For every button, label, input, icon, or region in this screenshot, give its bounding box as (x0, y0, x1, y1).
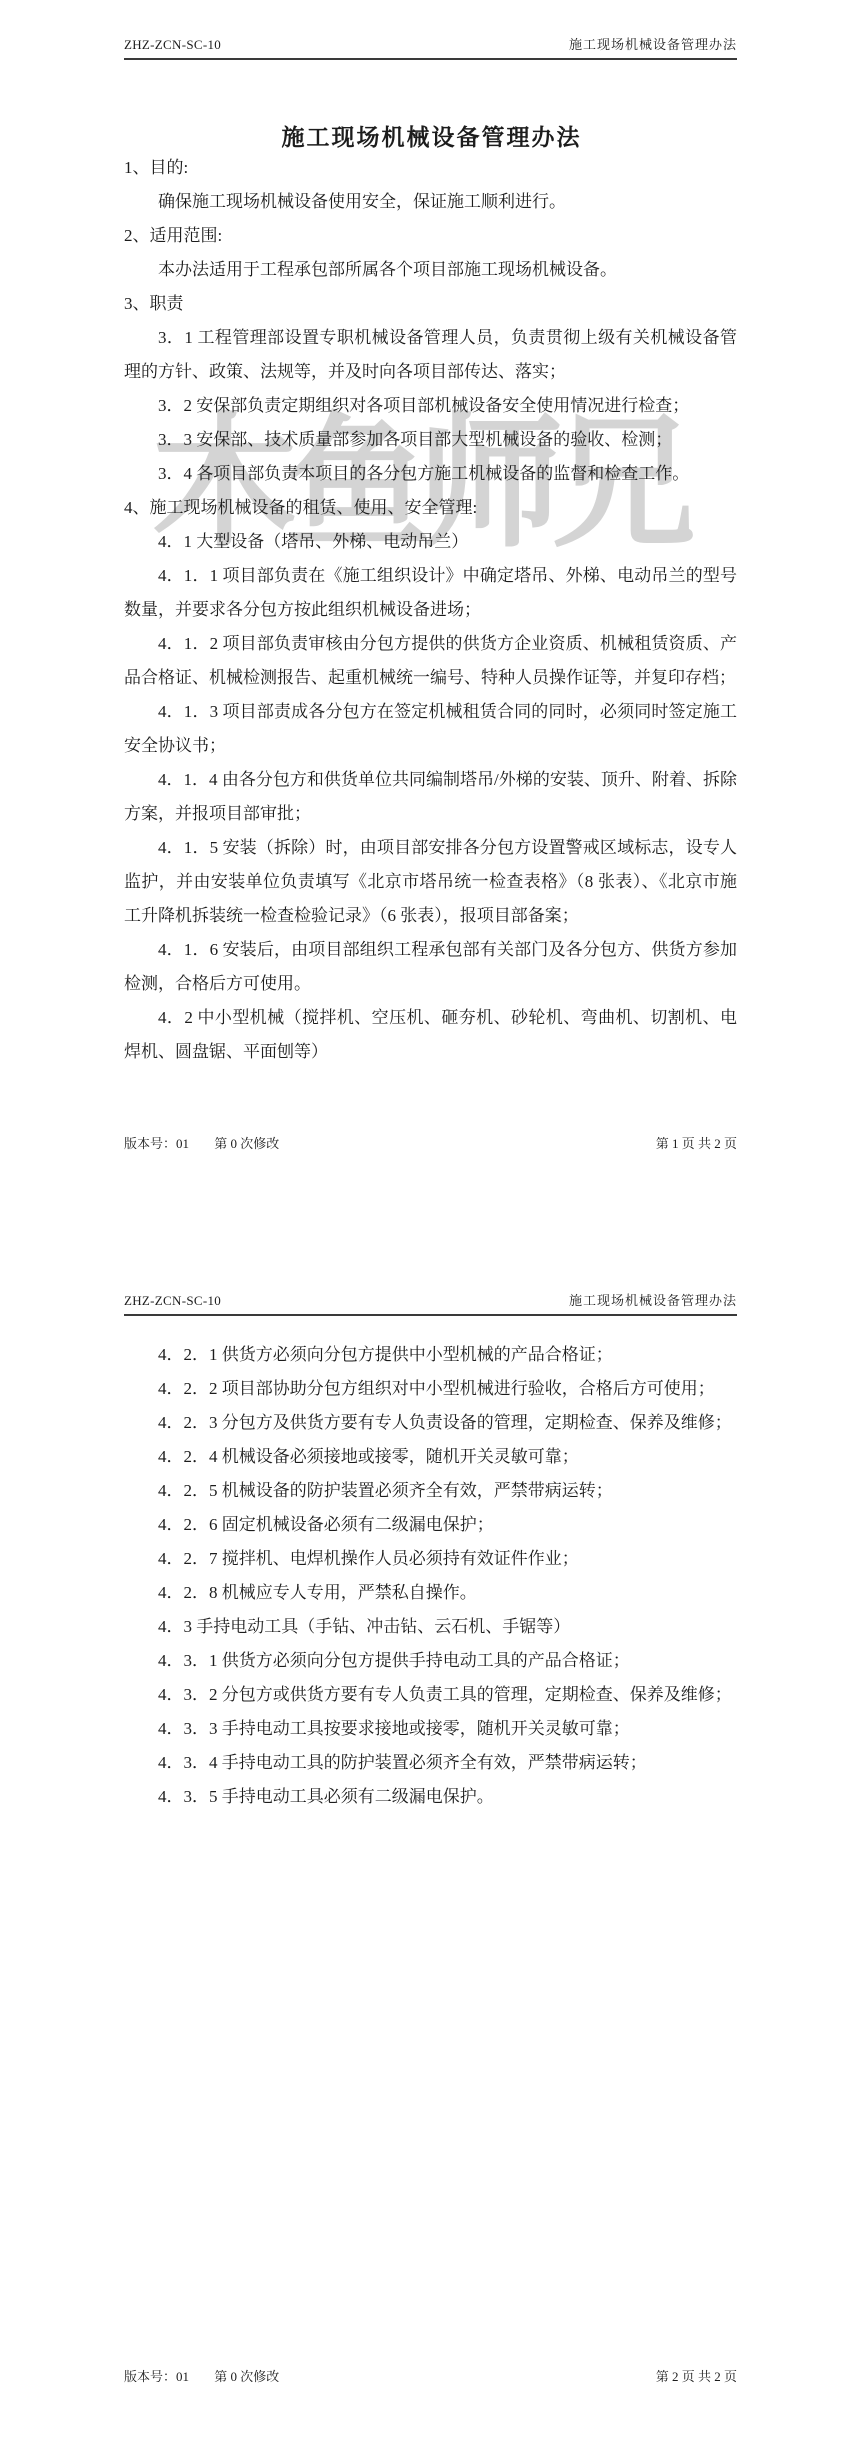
paragraph: 4．2 中小型机械（搅拌机、空压机、砸夯机、砂轮机、弯曲机、切割机、电焊机、圆盘… (124, 1001, 737, 1069)
revision-label: 第 0 次修改 (214, 1136, 279, 1151)
paragraph: 本办法适用于工程承包部所属各个项目部施工现场机械设备。 (124, 253, 737, 287)
page1-body: 1、目的:确保施工现场机械设备使用安全，保证施工顺利进行。2、适用范围:本办法适… (124, 151, 737, 1069)
paragraph: 4．1．1 项目部负责在《施工组织设计》中确定塔吊、外梯、电动吊兰的型号数量，并… (124, 559, 737, 627)
footer-version-block: 版本号：01 第 0 次修改 (124, 1133, 279, 1152)
page1-footer: 版本号：01 第 0 次修改 第 1 页 共 2 页 (124, 1133, 737, 1152)
version-label: 版本号：01 (124, 1136, 189, 1151)
document-title: 施工现场机械设备管理办法 (0, 119, 863, 152)
paragraph: 4．3．4 手持电动工具的防护装置必须齐全有效，严禁带病运转； (124, 1746, 737, 1780)
paragraph: 3．3 安保部、技术质量部参加各项目部大型机械设备的验收、检测； (124, 423, 737, 457)
section-heading: 3、职责 (124, 287, 737, 321)
paragraph: 3．2 安保部负责定期组织对各项目部机械设备安全使用情况进行检查； (124, 389, 737, 423)
document-page-2: ZHZ-ZCN-SC-10 施工现场机械设备管理办法 4．2．1 供货方必须向分… (0, 1228, 863, 2455)
paragraph: 4．3．3 手持电动工具按要求接地或接零，随机开关灵敏可靠； (124, 1712, 737, 1746)
document-code: ZHZ-ZCN-SC-10 (124, 1293, 221, 1309)
paragraph: 4．1．4 由各分包方和供货单位共同编制塔吊/外梯的安装、顶升、附着、拆除方案，… (124, 763, 737, 831)
paragraph: 确保施工现场机械设备使用安全，保证施工顺利进行。 (124, 185, 737, 219)
paragraph: 4．3．1 供货方必须向分包方提供手持电动工具的产品合格证； (124, 1644, 737, 1678)
section-heading: 4、施工现场机械设备的租赁、使用、安全管理: (124, 491, 737, 525)
document-page-1: 木鱼师兄 ZHZ-ZCN-SC-10 施工现场机械设备管理办法 施工现场机械设备… (0, 0, 863, 1228)
paragraph: 4．2．7 搅拌机、电焊机操作人员必须持有效证件作业； (124, 1542, 737, 1576)
paragraph: 4．2．6 固定机械设备必须有二级漏电保护； (124, 1508, 737, 1542)
paragraph: 4．1．5 安装（拆除）时，由项目部安排各分包方设置警戒区域标志，设专人监护，并… (124, 831, 737, 933)
paragraph: 4．2．5 机械设备的防护装置必须齐全有效，严禁带病运转； (124, 1474, 737, 1508)
page2-footer: 版本号：01 第 0 次修改 第 2 页 共 2 页 (124, 2366, 737, 2385)
paragraph: 4．2．4 机械设备必须接地或接零，随机开关灵敏可靠； (124, 1440, 737, 1474)
paragraph: 4．1．6 安装后，由项目部组织工程承包部有关部门及各分包方、供货方参加检测，合… (124, 933, 737, 1001)
paragraph: 3．4 各项目部负责本项目的各分包方施工机械设备的监督和检查工作。 (124, 457, 737, 491)
page-number: 第 2 页 共 2 页 (656, 2366, 737, 2385)
paragraph: 4．3 手持电动工具（手钻、冲击钻、云石机、手锯等） (124, 1610, 737, 1644)
paragraph: 4．3．2 分包方或供货方要有专人负责工具的管理，定期检查、保养及维修； (124, 1678, 737, 1712)
running-title: 施工现场机械设备管理办法 (569, 1290, 737, 1309)
paragraph: 4．2．3 分包方及供货方要有专人负责设备的管理，定期检查、保养及维修； (124, 1406, 737, 1440)
section-heading: 2、适用范围: (124, 219, 737, 253)
paragraph: 4．3．5 手持电动工具必须有二级漏电保护。 (124, 1780, 737, 1814)
page-header: ZHZ-ZCN-SC-10 施工现场机械设备管理办法 (124, 1290, 737, 1316)
paragraph: 4．2．1 供货方必须向分包方提供中小型机械的产品合格证； (124, 1338, 737, 1372)
paragraph: 3．1 工程管理部设置专职机械设备管理人员，负责贯彻上级有关机械设备管理的方针、… (124, 321, 737, 389)
page-header: ZHZ-ZCN-SC-10 施工现场机械设备管理办法 (124, 34, 737, 60)
section-heading: 1、目的: (124, 151, 737, 185)
document-code: ZHZ-ZCN-SC-10 (124, 37, 221, 53)
running-title: 施工现场机械设备管理办法 (569, 34, 737, 53)
paragraph: 4．1．2 项目部负责审核由分包方提供的供货方企业资质、机械租赁资质、产品合格证… (124, 627, 737, 695)
footer-version-block: 版本号：01 第 0 次修改 (124, 2366, 279, 2385)
paragraph: 4．2．8 机械应专人专用，严禁私自操作。 (124, 1576, 737, 1610)
page2-body: 4．2．1 供货方必须向分包方提供中小型机械的产品合格证；4．2．2 项目部协助… (124, 1338, 737, 1814)
revision-label: 第 0 次修改 (214, 2369, 279, 2384)
paragraph: 4．1 大型设备（塔吊、外梯、电动吊兰） (124, 525, 737, 559)
paragraph: 4．1．3 项目部责成各分包方在签定机械租赁合同的同时，必须同时签定施工安全协议… (124, 695, 737, 763)
paragraph: 4．2．2 项目部协助分包方组织对中小型机械进行验收，合格后方可使用； (124, 1372, 737, 1406)
version-label: 版本号：01 (124, 2369, 189, 2384)
page-number: 第 1 页 共 2 页 (656, 1133, 737, 1152)
